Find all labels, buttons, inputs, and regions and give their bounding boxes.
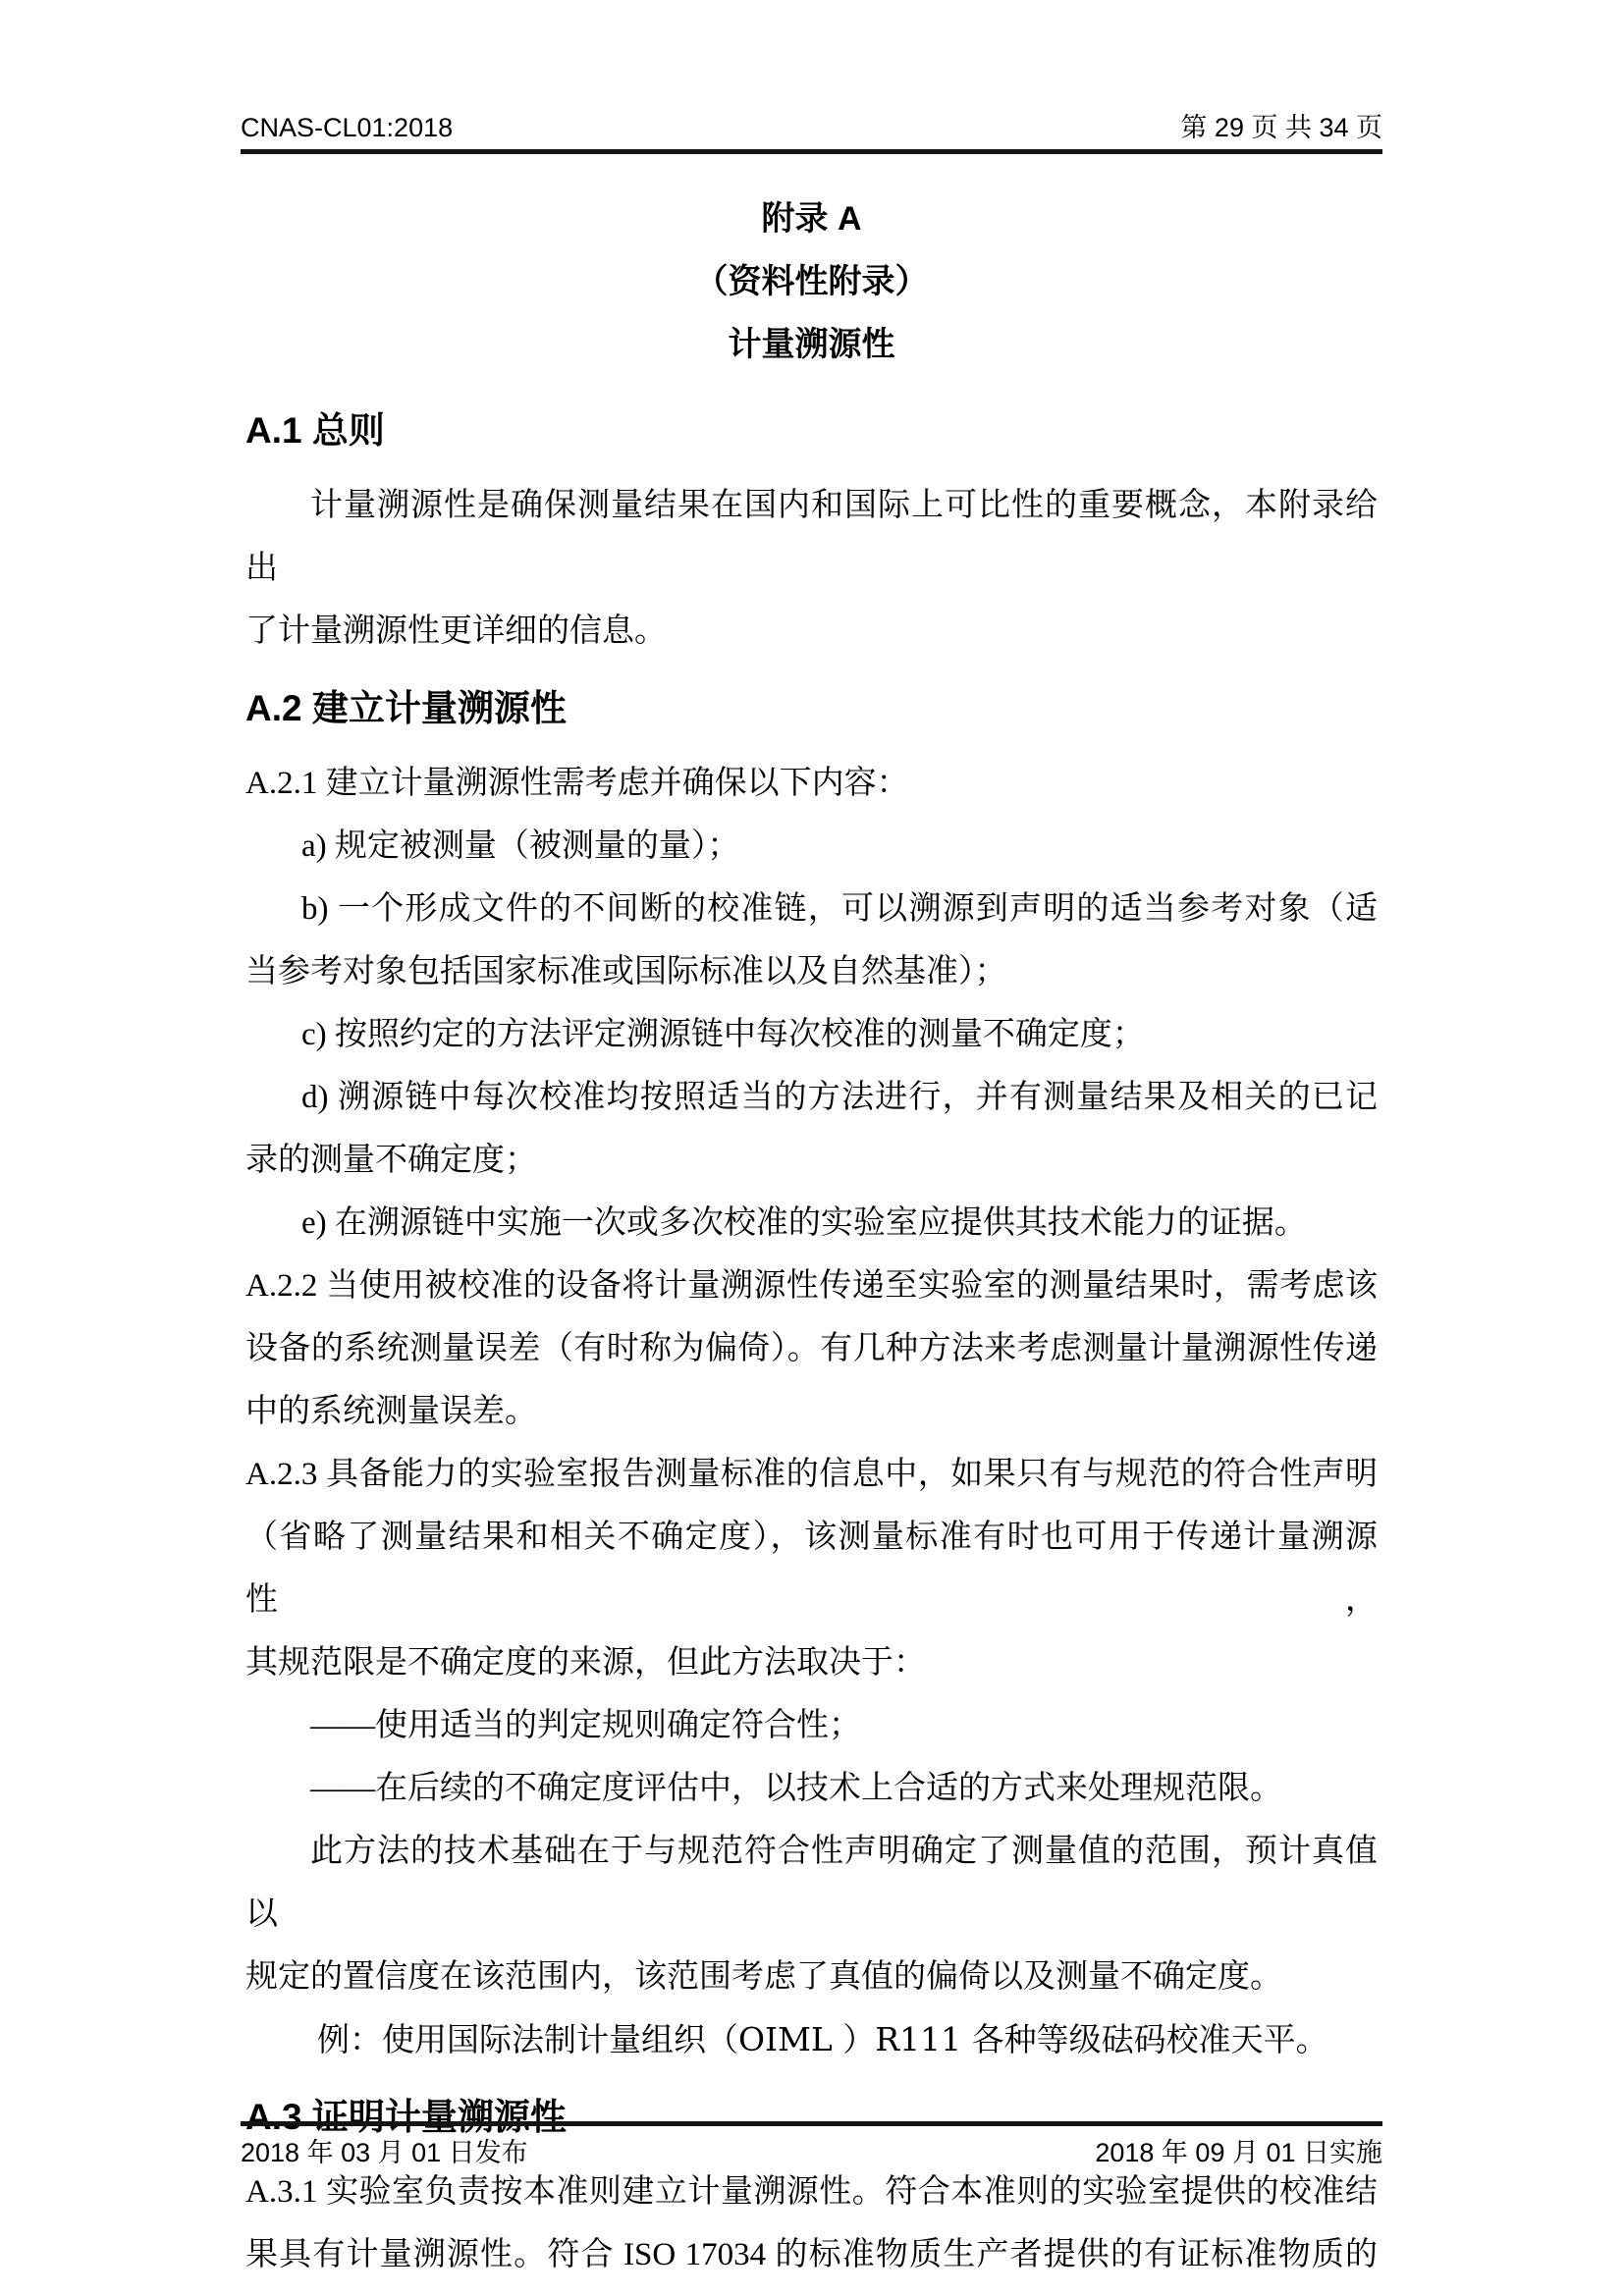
heading-a1: A.1 总则 [245,400,1378,462]
list-item-d-line2: 录的测量不确定度； [245,1129,1378,1192]
appendix-type: （资料性附录） [245,250,1378,313]
a21-intro: A.2.1 建立计量溯源性需考虑并确保以下内容： [245,752,1378,815]
method-line2: 规定的置信度在该范围内，该范围考虑了真值的偏倚以及测量不确定度。 [245,1946,1378,2008]
list-item-b-line1: b) 一个形成文件的不间断的校准链，可以溯源到声明的适当参考对象（适 [245,878,1378,940]
heading-a2: A.2 建立计量溯源性 [245,677,1378,740]
list-item-a: a) 规定被测量（被测量的量）； [245,815,1378,878]
document-body: 附录 A （资料性附录） 计量溯源性 A.1 总则 计量溯源性是确保测量结果在国… [245,187,1378,2286]
appendix-label: 附录 A [245,187,1378,250]
a22-line1: A.2.2 当使用被校准的设备将计量溯源性传递至实验室的测量结果时，需考虑该 [245,1255,1378,1317]
a23-line3: 其规范限是不确定度的来源，但此方法取决于： [245,1631,1378,1694]
dash-item-2: ——在后续的不确定度评估中，以技术上合适的方式来处理规范限。 [245,1757,1378,1820]
list-item-c: c) 按照约定的方法评定溯源链中每次校准的测量不确定度； [245,1003,1378,1066]
list-item-e: e) 在溯源链中实施一次或多次校准的实验室应提供其技术能力的证据。 [245,1192,1378,1255]
list-item-b-line2: 当参考对象包括国家标准或国际标准以及自然基准）； [245,940,1378,1003]
implementation-date: 2018 年 09 月 01 日实施 [1095,2137,1382,2168]
method-line1: 此方法的技术基础在于与规范符合性声明确定了测量值的范围，预计真值以 [245,1820,1378,1946]
a1-paragraph-line2: 了计量溯源性更详细的信息。 [245,600,1378,663]
list-item-d-line1: d) 溯源链中每次校准均按照适当的方法进行，并有测量结果及相关的已记 [245,1066,1378,1129]
a1-paragraph-line1: 计量溯源性是确保测量结果在国内和国际上可比性的重要概念，本附录给出 [245,474,1378,600]
page-header: CNAS-CL01:2018 第 29 页 共 34 页 [241,112,1382,154]
page-footer: 2018 年 03 月 01 日发布 2018 年 09 月 01 日实施 [241,2121,1382,2168]
document-page: CNAS-CL01:2018 第 29 页 共 34 页 附录 A （资料性附录… [0,0,1624,2296]
a23-line1: A.2.3 具备能力的实验室报告测量标准的信息中，如果只有与规范的符合性声明 [245,1443,1378,1506]
a22-line2: 设备的系统测量误差（有时称为偏倚）。有几种方法来考虑测量计量溯源性传递 [245,1317,1378,1380]
doc-code: CNAS-CL01:2018 [241,112,453,143]
dash-item-1: ——使用适当的判定规则确定符合性； [245,1694,1378,1757]
page-number: 第 29 页 共 34 页 [1180,112,1382,143]
issue-date: 2018 年 03 月 01 日发布 [241,2137,528,2168]
appendix-title: 计量溯源性 [245,313,1378,376]
a22-line3: 中的系统测量误差。 [245,1380,1378,1443]
a23-line2: （省略了测量结果和相关不确定度），该测量标准有时也可用于传递计量溯源性， [245,1506,1378,1631]
a31-line1: A.3.1 实验室负责按本准则建立计量溯源性。符合本准则的实验室提供的校准结 [245,2161,1378,2223]
a31-line2: 果具有计量溯源性。符合 ISO 17034 的标准物质生产者提供的有证标准物质的 [245,2223,1378,2286]
example-line: 例：使用国际法制计量组织（OIML ）R111 各种等级砝码校准天平。 [245,2008,1378,2071]
